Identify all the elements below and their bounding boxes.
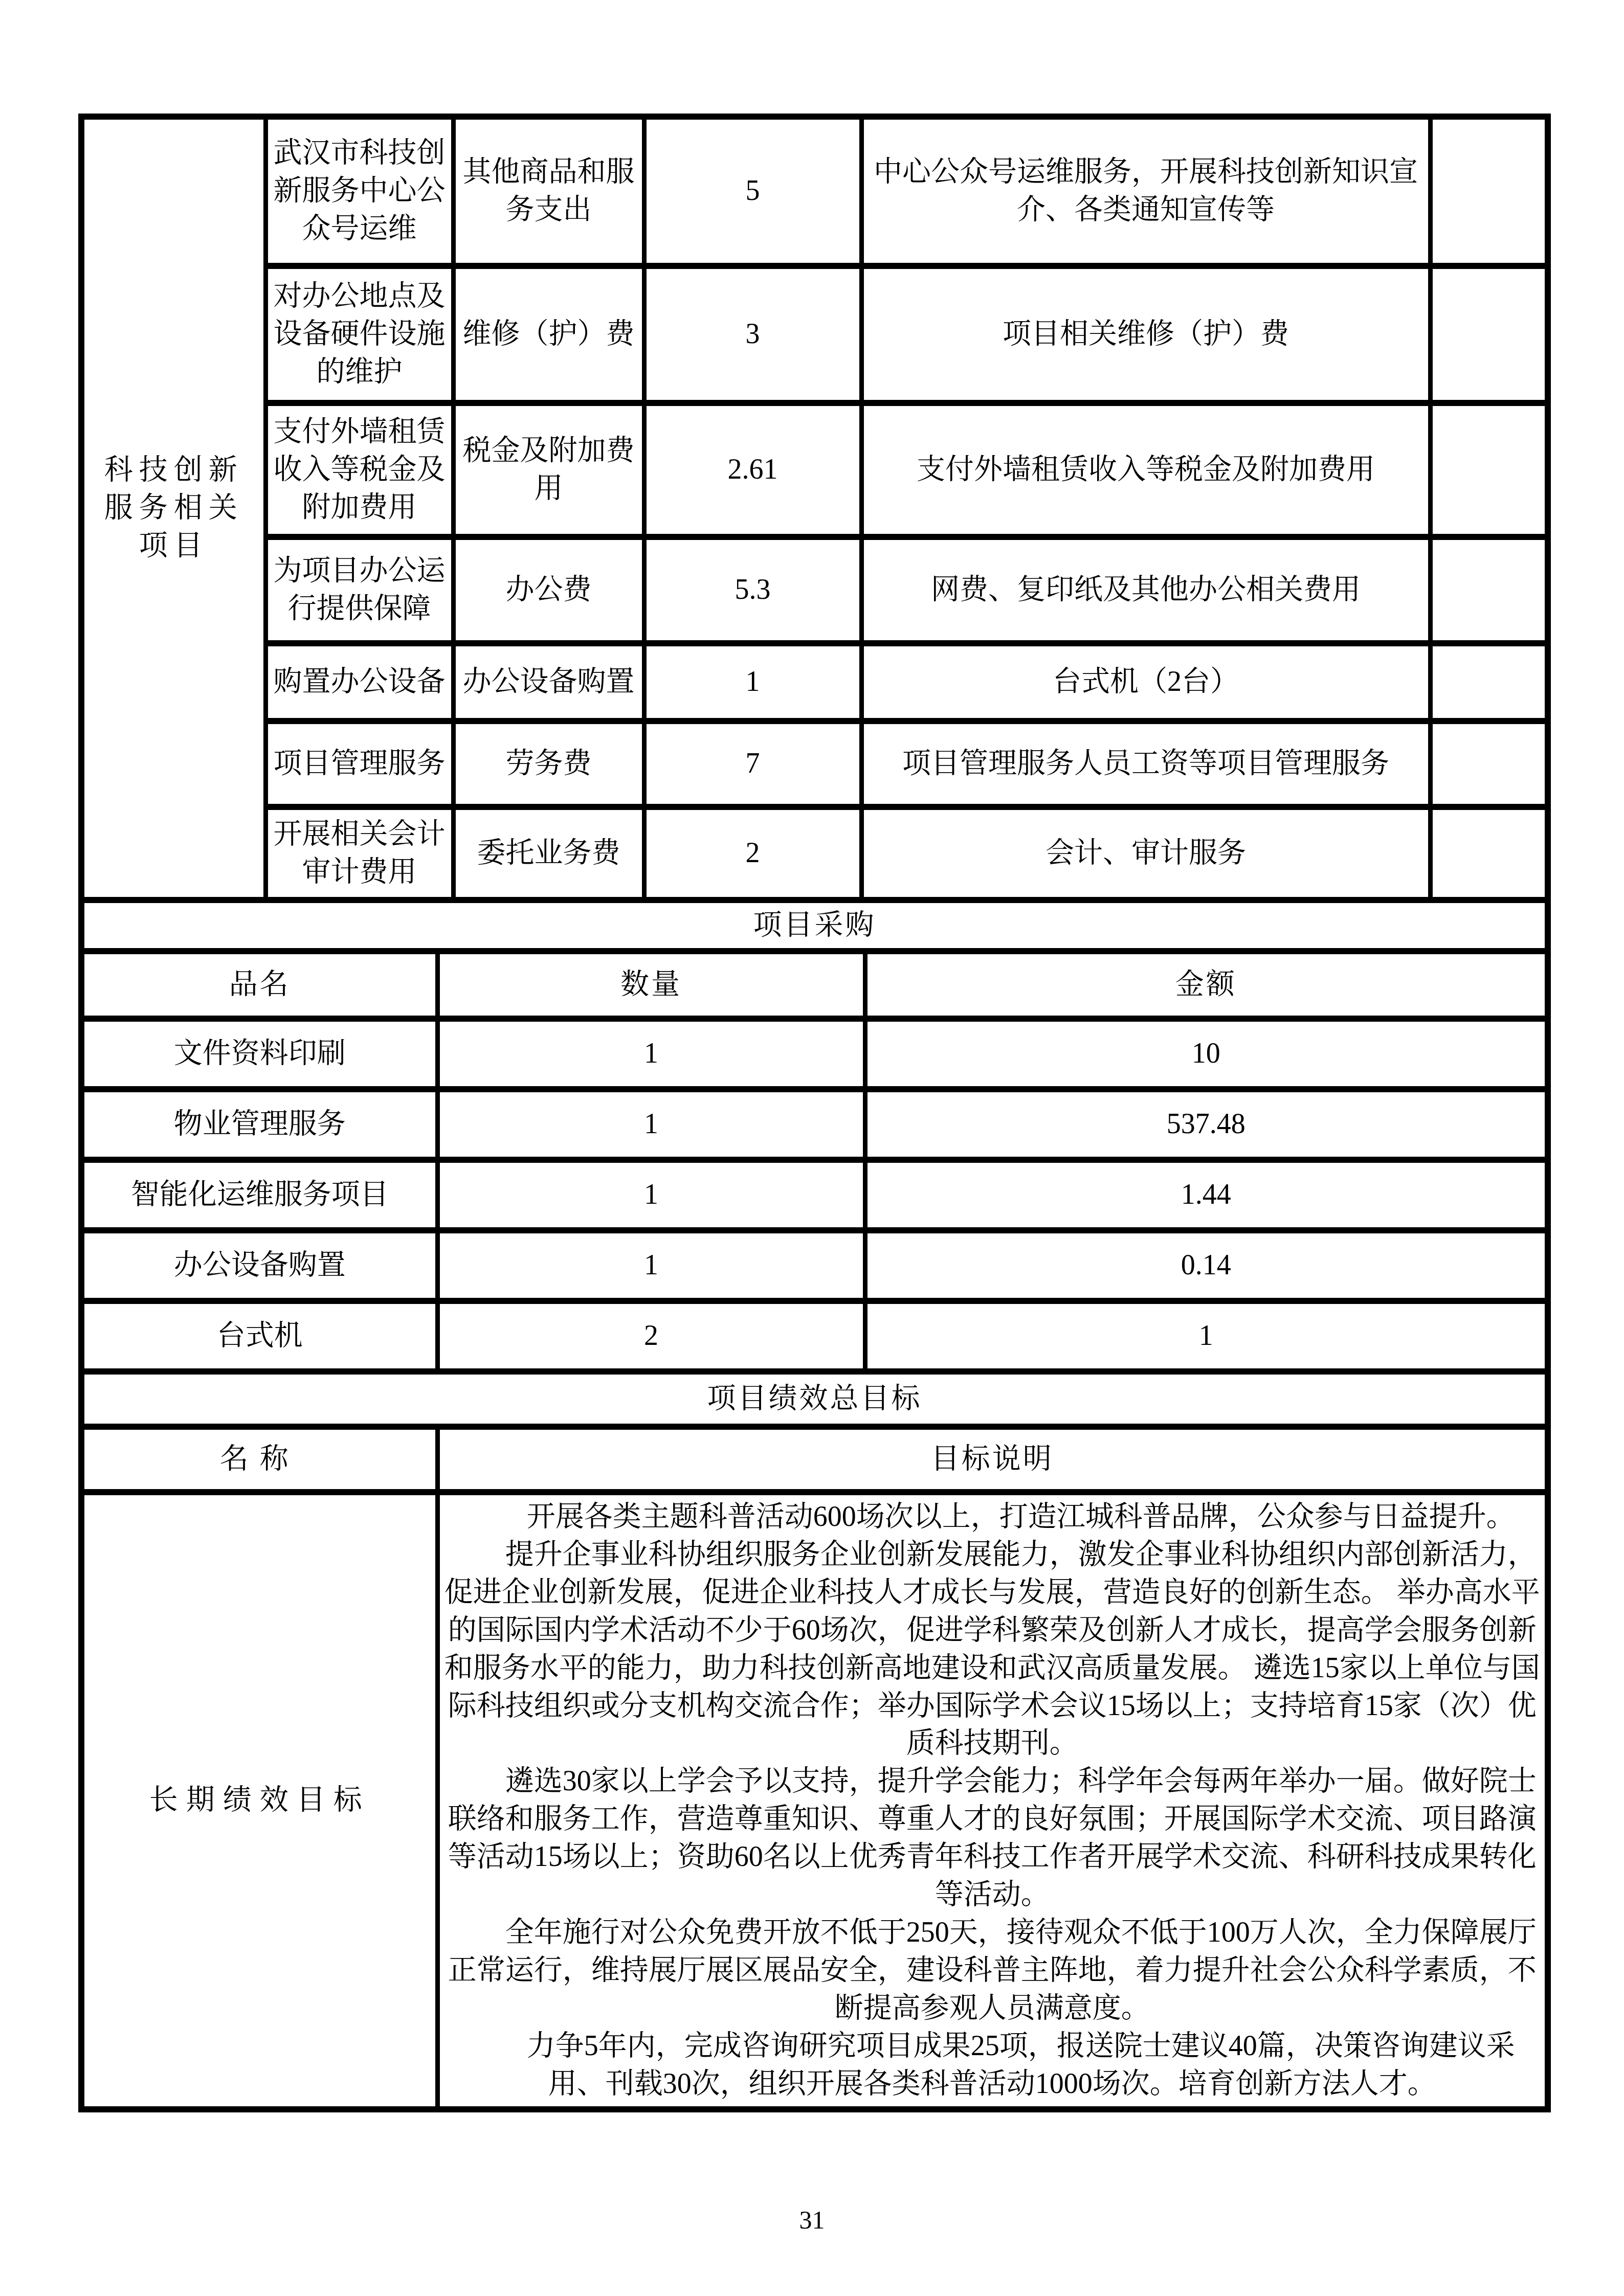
item-qty: 1: [437, 1160, 865, 1230]
project-name: 购置办公设备: [265, 643, 453, 721]
empty-cell: [1430, 537, 1548, 643]
goal-paragraph: 提升企事业科协组织服务企业创新发展能力，激发企事业科协组织内部创新活力，促进企业…: [444, 1536, 1541, 1763]
budget-document-table: 科技创新服务相关项目 武汉市科技创新服务中心公众号运维 其他商品和服务支出 5 …: [78, 114, 1551, 2112]
empty-cell: [1430, 643, 1548, 721]
procurement-row: 智能化运维服务项目 1 1.44: [81, 1160, 1548, 1230]
goal-name-label: 长期绩效目标: [81, 1492, 437, 2109]
column-header-name: 品名: [81, 951, 437, 1019]
column-header-goal-desc: 目标说明: [437, 1427, 1548, 1492]
expense-description: 支付外墙租赁收入等税金及附加费用: [861, 403, 1430, 537]
procurement-row: 文件资料印刷 1 10: [81, 1019, 1548, 1089]
amount-value: 3: [644, 266, 861, 403]
column-header-goal-name: 名称: [81, 1427, 437, 1492]
amount-value: 5.3: [644, 537, 861, 643]
item-amount: 1.44: [865, 1160, 1548, 1230]
goal-paragraph: 开展各类主题科普活动600场次以上，打造江城科普品牌，公众参与日益提升。: [444, 1498, 1541, 1536]
budget-row: 对办公地点及设备硬件设施的维护 维修（护）费 3 项目相关维修（护）费: [81, 266, 1548, 403]
category-label: 科技创新服务相关项目: [81, 117, 265, 900]
budget-row: 为项目办公运行提供保障 办公费 5.3 网费、复印纸及其他办公相关费用: [81, 537, 1548, 643]
project-name: 对办公地点及设备硬件设施的维护: [265, 266, 453, 403]
empty-cell: [1430, 807, 1548, 900]
expense-type: 劳务费: [453, 721, 644, 807]
empty-cell: [1430, 721, 1548, 807]
column-header-amount: 金额: [865, 951, 1548, 1019]
budget-row: 支付外墙租赁收入等税金及附加费用 税金及附加费用 2.61 支付外墙租赁收入等税…: [81, 403, 1548, 537]
budget-row: 开展相关会计审计费用 委托业务费 2 会计、审计服务: [81, 807, 1548, 900]
column-header-qty: 数量: [437, 951, 865, 1019]
item-name: 办公设备购置: [81, 1230, 437, 1301]
amount-value: 7: [644, 721, 861, 807]
goal-paragraph: 全年施行对公众免费开放不低于250天，接待观众不低于100万人次，全力保障展厅正…: [444, 1914, 1541, 2028]
project-name: 为项目办公运行提供保障: [265, 537, 453, 643]
item-amount: 0.14: [865, 1230, 1548, 1301]
expense-description: 项目管理服务人员工资等项目管理服务: [861, 721, 1430, 807]
budget-row: 项目管理服务 劳务费 7 项目管理服务人员工资等项目管理服务: [81, 721, 1548, 807]
expense-description: 会计、审计服务: [861, 807, 1430, 900]
goal-description-text: 开展各类主题科普活动600场次以上，打造江城科普品牌，公众参与日益提升。 提升企…: [437, 1492, 1548, 2109]
item-qty: 1: [437, 1089, 865, 1160]
budget-row: 购置办公设备 办公设备购置 1 台式机（2台）: [81, 643, 1548, 721]
empty-cell: [1430, 117, 1548, 266]
procurement-section-row: 项目采购: [81, 900, 1548, 951]
procurement-section-title: 项目采购: [81, 900, 1548, 951]
expense-type: 其他商品和服务支出: [453, 117, 644, 266]
empty-cell: [1430, 266, 1548, 403]
item-name: 台式机: [81, 1301, 437, 1371]
expense-type: 税金及附加费用: [453, 403, 644, 537]
empty-cell: [1430, 403, 1548, 537]
expense-description: 网费、复印纸及其他办公相关费用: [861, 537, 1430, 643]
item-name: 智能化运维服务项目: [81, 1160, 437, 1230]
performance-section-row: 项目绩效总目标: [81, 1371, 1548, 1427]
goal-paragraph: 遴选30家以上学会予以支持，提升学会能力；科学年会每两年举办一届。做好院士联络和…: [444, 1763, 1541, 1914]
amount-value: 5: [644, 117, 861, 266]
expense-description: 台式机（2台）: [861, 643, 1430, 721]
expense-type: 办公设备购置: [453, 643, 644, 721]
budget-row: 科技创新服务相关项目 武汉市科技创新服务中心公众号运维 其他商品和服务支出 5 …: [81, 117, 1548, 266]
amount-value: 2.61: [644, 403, 861, 537]
item-qty: 1: [437, 1019, 865, 1089]
project-name: 项目管理服务: [265, 721, 453, 807]
project-name: 武汉市科技创新服务中心公众号运维: [265, 117, 453, 266]
page-number: 31: [0, 2205, 1624, 2235]
goal-paragraph: 力争5年内，完成咨询研究项目成果25项，报送院士建议40篇，决策咨询建议采用、刊…: [444, 2028, 1541, 2103]
item-amount: 1: [865, 1301, 1548, 1371]
expense-description: 项目相关维修（护）费: [861, 266, 1430, 403]
expense-type: 委托业务费: [453, 807, 644, 900]
expense-type: 维修（护）费: [453, 266, 644, 403]
item-amount: 10: [865, 1019, 1548, 1089]
document-page: 科技创新服务相关项目 武汉市科技创新服务中心公众号运维 其他商品和服务支出 5 …: [0, 0, 1624, 2296]
performance-goal-row: 长期绩效目标 开展各类主题科普活动600场次以上，打造江城科普品牌，公众参与日益…: [81, 1492, 1548, 2109]
procurement-row: 办公设备购置 1 0.14: [81, 1230, 1548, 1301]
project-name: 支付外墙租赁收入等税金及附加费用: [265, 403, 453, 537]
item-amount: 537.48: [865, 1089, 1548, 1160]
procurement-row: 台式机 2 1: [81, 1301, 1548, 1371]
expense-type: 办公费: [453, 537, 644, 643]
project-name: 开展相关会计审计费用: [265, 807, 453, 900]
item-name: 文件资料印刷: [81, 1019, 437, 1089]
amount-value: 1: [644, 643, 861, 721]
item-qty: 1: [437, 1230, 865, 1301]
procurement-header-row: 品名 数量 金额: [81, 951, 1548, 1019]
item-name: 物业管理服务: [81, 1089, 437, 1160]
performance-header-row: 名称 目标说明: [81, 1427, 1548, 1492]
expense-description: 中心公众号运维服务，开展科技创新知识宣介、各类通知宣传等: [861, 117, 1430, 266]
amount-value: 2: [644, 807, 861, 900]
item-qty: 2: [437, 1301, 865, 1371]
performance-section-title: 项目绩效总目标: [81, 1371, 1548, 1427]
procurement-row: 物业管理服务 1 537.48: [81, 1089, 1548, 1160]
